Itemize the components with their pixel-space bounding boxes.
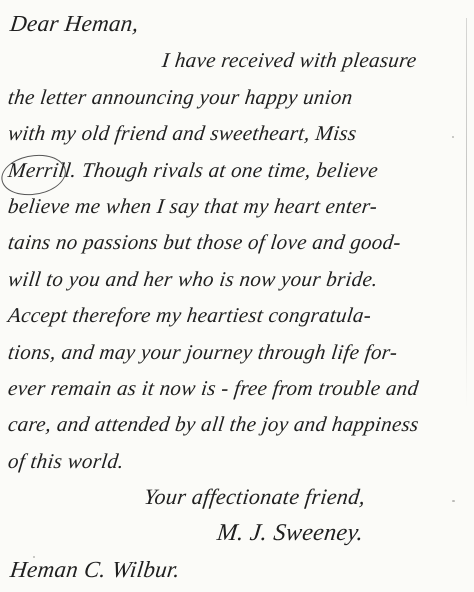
body-line: will to you and her who is now your brid… (0, 261, 474, 297)
body-line: of this world. (0, 443, 474, 479)
body-line: the letter announcing your happy union (0, 79, 474, 115)
body-line-text: Though rivals at one time, believe (81, 158, 380, 182)
handwritten-letter: Dear Heman, I have received with pleasur… (0, 6, 474, 588)
body-line: believe me when I say that my heart ente… (0, 188, 474, 224)
body-line: ever remain as it now is - free from tro… (0, 370, 474, 406)
body-line: with my old friend and sweetheart, Miss (0, 115, 474, 151)
addressee-name: Heman C. Wilbur. (0, 552, 474, 588)
circled-word-annotation: Merrill. (6, 152, 79, 188)
body-line: Accept therefore my heartiest congratula… (0, 297, 474, 333)
letter-scan-page: Dear Heman, I have received with pleasur… (0, 0, 474, 592)
body-line: tains no passions but those of love and … (0, 224, 474, 260)
body-line: tions, and may your journey through life… (0, 334, 474, 370)
body-line: Merrill. Though rivals at one time, beli… (0, 152, 474, 188)
signature: M. J. Sweeney. (0, 515, 474, 551)
body-line: care, and attended by all the joy and ha… (0, 406, 474, 442)
opening-body-line: I have received with pleasure (0, 42, 474, 78)
closing-line: Your affectionate friend, (0, 479, 474, 515)
salutation-line: Dear Heman, (0, 6, 474, 42)
